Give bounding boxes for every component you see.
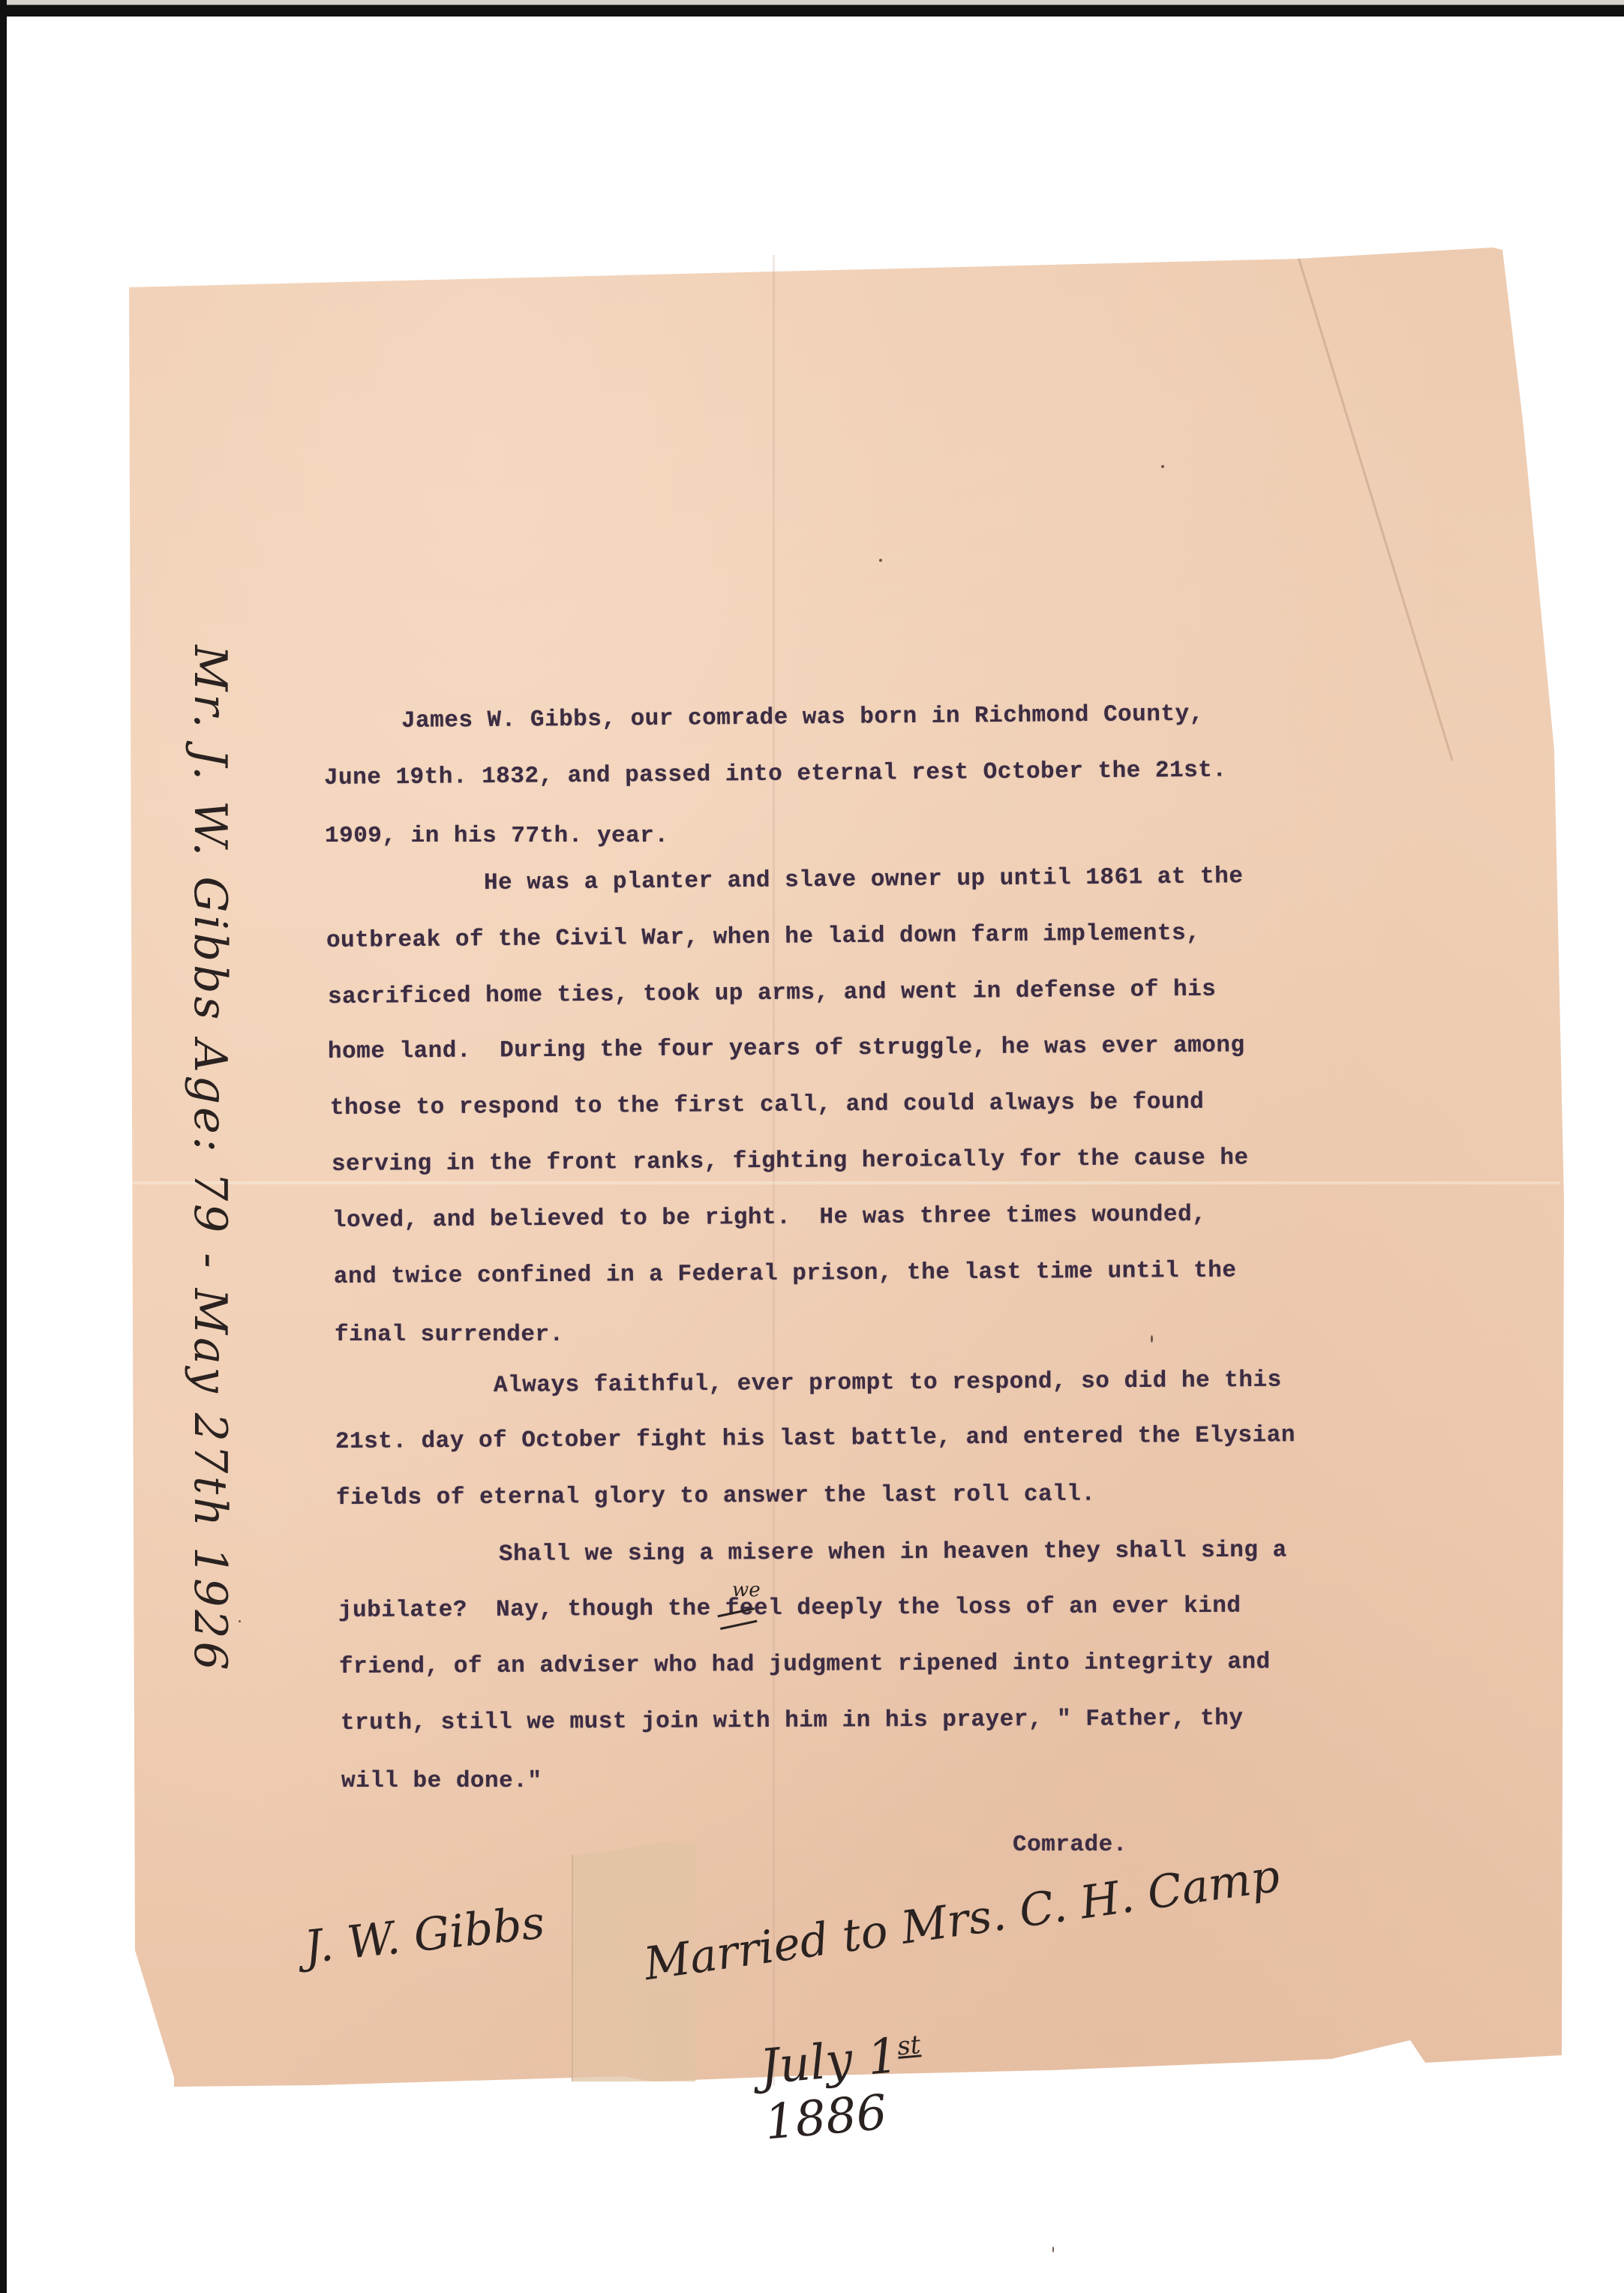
typed-line: friend, of an adviser who had judgment r…: [339, 1649, 1271, 1680]
typed-line: jubilate? Nay, though the feel deeply th…: [338, 1593, 1241, 1624]
typed-line: 21st. day of October fight his last batt…: [335, 1422, 1295, 1455]
typed-line: loved, and believed to be right. He was …: [332, 1202, 1207, 1234]
typed-line: and twice confined in a Federal prison, …: [334, 1258, 1237, 1290]
scanned-document: James W. Gibbs, our comrade was born in …: [0, 0, 1624, 2293]
typed-line: James W. Gibbs, our comrade was born in …: [401, 701, 1204, 734]
typed-line: Always faithful, ever prompt to respond,…: [494, 1367, 1282, 1399]
typed-line: truth, still we must join with him in hi…: [341, 1706, 1244, 1736]
typed-line: June 19th. 1832, and passed into eternal…: [324, 757, 1227, 791]
typed-line: sacrificed home ties, took up arms, and …: [328, 977, 1217, 1010]
typed-line: final surrender.: [335, 1322, 564, 1348]
married-date-ordinal: st: [896, 2030, 921, 2062]
typed-line: will be done.": [341, 1768, 542, 1794]
typed-line: He was a planter and slave owner up unti…: [484, 863, 1244, 896]
handwritten-margin-note: Mr. J. W. Gibbs Age: 79 - May 27th 1926: [184, 645, 236, 1673]
typed-line: home land. During the four years of stru…: [328, 1032, 1245, 1065]
typed-line: those to respond to the first call, and …: [330, 1089, 1205, 1121]
handwritten-correction: we: [732, 1579, 761, 1601]
typed-line: outbreak of the Civil War, when he laid …: [326, 920, 1201, 954]
handwritten-married-date: July 1st 1886: [692, 1971, 934, 2212]
married-date-year: 1886: [763, 2085, 890, 2151]
typed-line: Shall we sing a misere when in heaven th…: [499, 1537, 1287, 1568]
typed-line: 1909, in his 77th. year.: [325, 823, 668, 849]
closing-signoff: Comrade.: [1013, 1832, 1127, 1858]
typed-line: serving in the front ranks, fighting her…: [332, 1145, 1249, 1178]
typed-line: fields of eternal glory to answer the la…: [336, 1481, 1096, 1511]
